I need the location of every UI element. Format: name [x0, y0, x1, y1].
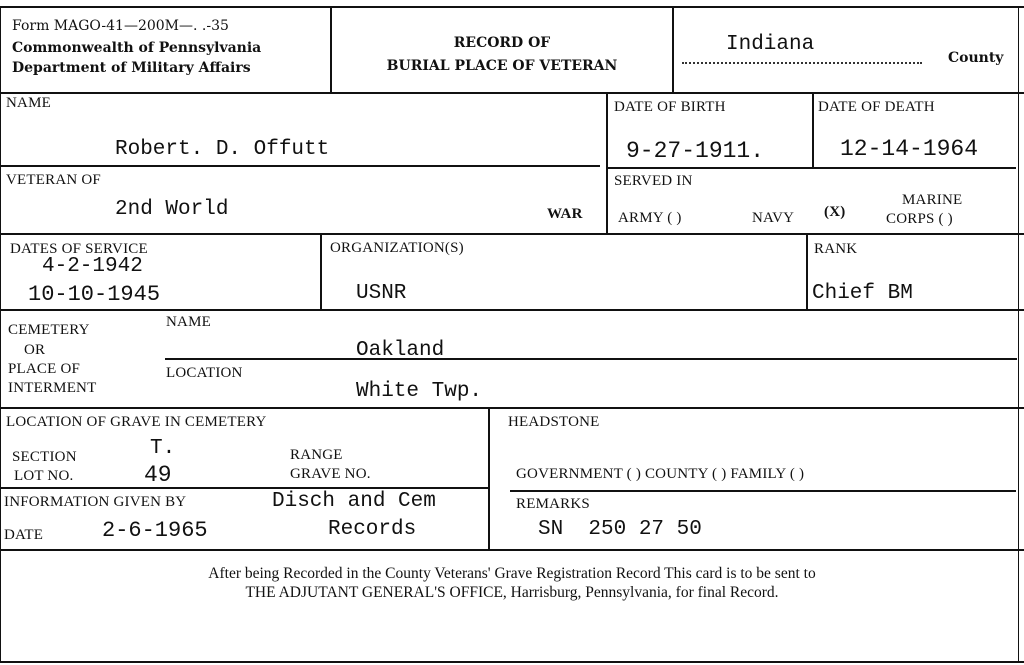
army-option: ARMY ( ): [618, 210, 682, 227]
right-border: [1018, 6, 1019, 663]
dates-bottom-line: [606, 167, 1016, 169]
info-bottom-line: [0, 549, 1024, 551]
navy-option: NAVY: [752, 210, 794, 227]
top-border: [0, 6, 1024, 8]
cemetery-side-label-4: INTERMENT: [8, 380, 96, 397]
organization-value: USNR: [356, 282, 406, 305]
cemetery-bottom-line: [0, 407, 1024, 409]
lot-value: 49: [144, 462, 172, 488]
divider-name-dob: [606, 93, 608, 233]
info-given-by-value-1: Disch and Cem: [272, 490, 436, 513]
county-value: Indiana: [726, 33, 814, 56]
divider-dob-dod: [812, 93, 814, 167]
org-line-2: Department of Military Affairs: [12, 60, 251, 76]
lot-label: LOT No.: [14, 468, 73, 485]
service-bottom-line: [0, 309, 1024, 311]
title-line-2: BURIAL PLACE OF VETERAN: [332, 58, 672, 74]
bottom-border: [0, 661, 1024, 663]
service-start-date: 4-2-1942: [42, 255, 143, 278]
grave-no-label: GRAVE No.: [290, 466, 371, 483]
remarks-label: REMARKS: [516, 496, 590, 513]
form-number: Form MAGO-41—200M—. .-35: [12, 18, 229, 34]
dod-value: 12-14-1964: [840, 136, 978, 162]
cemetery-side-label-1: CEMETERY: [8, 322, 90, 339]
veteran-of-bottom-line: [0, 233, 1024, 235]
footer-line-1: After being Recorded in the County Veter…: [0, 565, 1024, 583]
served-in-label: SERVED IN: [614, 173, 693, 190]
header-bottom-line: [0, 92, 1024, 94]
service-end-date: 10-10-1945: [28, 282, 160, 307]
name-bottom-line: [0, 165, 600, 167]
marine-corps-option: CORPS ( ): [886, 211, 953, 228]
veteran-of-label: VETERAN OF: [6, 172, 101, 189]
divider-grave-headstone: [488, 409, 490, 549]
cemetery-name-label: NAME: [166, 314, 211, 331]
organization-label: ORGANIZATION(S): [330, 240, 464, 257]
cemetery-location-value: White Twp.: [356, 380, 482, 403]
grave-location-label: LOCATION OF GRAVE IN CEMETERY: [6, 414, 267, 431]
county-dotted-line: [682, 62, 922, 64]
name-label: NAME: [6, 95, 51, 112]
cemetery-name-line: [165, 358, 1017, 360]
headstone-label: HEADSTONE: [508, 414, 600, 431]
info-date-value: 2-6-1965: [102, 518, 208, 543]
dob-value: 9-27-1911.: [626, 138, 764, 164]
cemetery-side-label-2: OR: [24, 342, 45, 359]
section-value: T.: [150, 437, 175, 460]
headstone-bottom-line: [510, 490, 1016, 492]
title-line-1: RECORD OF: [332, 35, 672, 51]
cemetery-side-label-3: PLACE OF: [8, 361, 80, 378]
info-given-by-label: INFORMATION GIVEN BY: [4, 494, 186, 511]
header-divider-2: [672, 8, 674, 92]
info-date-label: DATE: [4, 527, 43, 544]
divider-dates-org: [320, 235, 322, 309]
veteran-name: Robert. D. Offutt: [115, 138, 329, 161]
org-line-1: Commonwealth of Pennsylvania: [12, 40, 261, 56]
war-label: WAR: [547, 206, 583, 223]
headstone-options: GOVERNMENT ( ) COUNTY ( ) FAMILY ( ): [516, 466, 804, 483]
cemetery-name-value: Oakland: [356, 339, 444, 362]
veteran-of-value: 2nd World: [115, 198, 228, 221]
remarks-value: SN 250 27 50: [538, 518, 702, 541]
marine-label-1: MARINE: [902, 192, 962, 209]
info-given-by-value-2: Records: [328, 518, 416, 541]
left-border: [0, 6, 1, 663]
section-label: SECTION: [12, 449, 77, 466]
divider-org-rank: [806, 235, 808, 309]
dob-label: DATE OF BIRTH: [614, 99, 726, 116]
footer-line-2: THE ADJUTANT GENERAL'S OFFICE, Harrisbur…: [0, 584, 1024, 602]
grave-bottom-line: [0, 487, 488, 489]
range-label: RANGE: [290, 447, 343, 464]
rank-value: Chief BM: [812, 282, 913, 305]
navy-checked-mark: (X): [824, 204, 845, 221]
dod-label: DATE OF DEATH: [818, 99, 935, 116]
county-label: County: [948, 50, 1003, 66]
cemetery-location-label: LOCATION: [166, 365, 243, 382]
rank-label: RANK: [814, 241, 857, 258]
